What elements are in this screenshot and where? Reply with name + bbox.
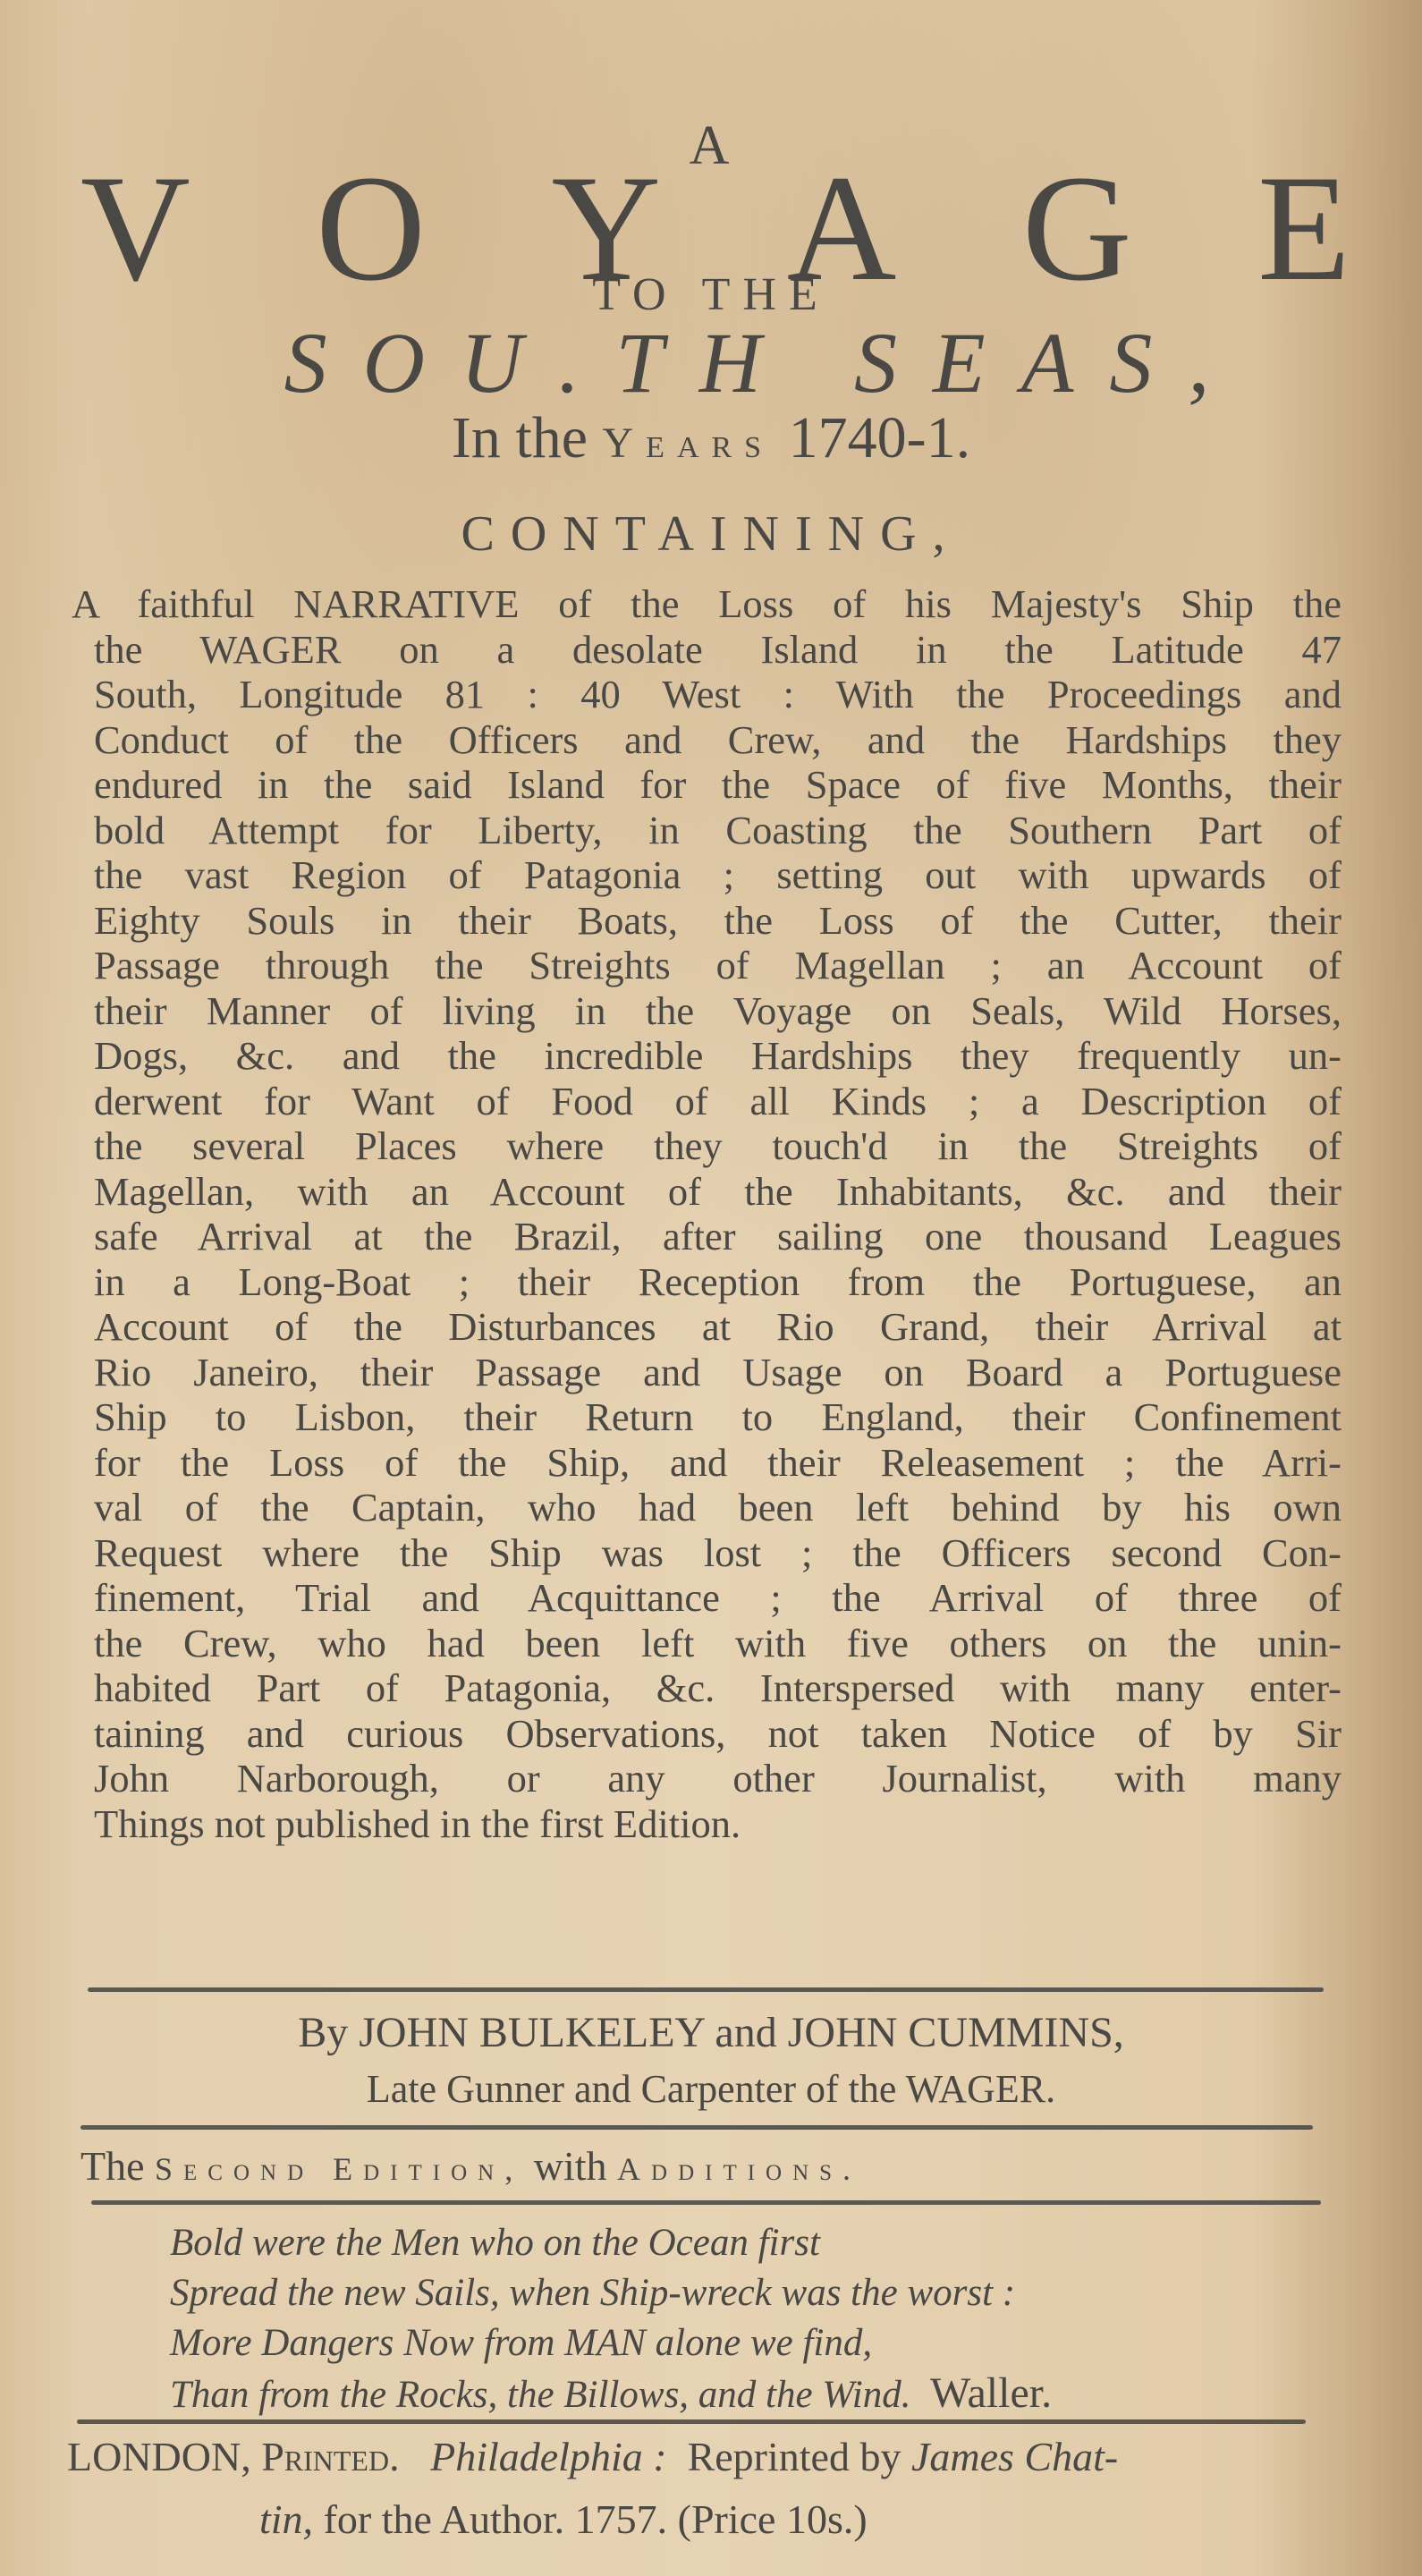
imprint-printer-cont: tin,	[259, 2496, 313, 2542]
body-line: in a Long-Boat ; their Reception from th…	[94, 1259, 1342, 1305]
body-line: Request where the Ship was lost ; the Of…	[94, 1530, 1342, 1576]
body-line: habited Part of Patagonia, &c. Intersper…	[94, 1665, 1342, 1711]
imprint-date-price: for the Author. 1757. (Price 10s.)	[324, 2496, 868, 2542]
divider-rule	[77, 2419, 1306, 2424]
verse-author: Waller.	[930, 2369, 1052, 2417]
body-line: South, Longitude 81 : 40 West : With the…	[94, 672, 1342, 717]
title-south-seas: SOU.TH SEAS,	[54, 313, 1422, 412]
verse-line: Spread the new Sails, when Ship-wreck wa…	[170, 2268, 1052, 2318]
imprint-reprinted: Reprinted by	[688, 2434, 901, 2479]
body-line: the WAGER on a desolate Island in the La…	[94, 627, 1342, 673]
edition-with: with	[534, 2143, 607, 2189]
body-line: finement, Trial and Acquittance ; the Ar…	[94, 1575, 1342, 1621]
edition-the: The	[80, 2143, 145, 2189]
body-line: Account of the Disturbances at Rio Grand…	[94, 1304, 1342, 1350]
edition-line: The Second Edition, with Additions.	[80, 2142, 1333, 2190]
body-line: their Manner of living in the Voyage on …	[94, 988, 1342, 1034]
body-line: Rio Janeiro, their Passage and Usage on …	[94, 1350, 1342, 1395]
body-line: Ship to Lisbon, their Return to England,…	[94, 1394, 1342, 1440]
body-line: taining and curious Observations, not ta…	[94, 1711, 1342, 1757]
body-line: Dogs, &c. and the incredible Hardships t…	[94, 1033, 1342, 1079]
title-years: In the Years 1740-1.	[0, 404, 1422, 472]
authors-line: By JOHN BULKELEY and JOHN CUMMINS,	[0, 2008, 1422, 2057]
years-word: Years	[603, 419, 774, 467]
body-line: Passage through the Streights of Magella…	[94, 943, 1342, 988]
edition-main: Second Edition,	[155, 2151, 523, 2187]
verse-line: More Dangers Now from MAN alone we find,	[170, 2318, 1052, 2368]
body-line: Things not published in the first Editio…	[94, 1801, 1342, 1847]
body-line: Magellan, with an Account of the Inhabit…	[94, 1169, 1342, 1215]
body-line: the Crew, who had been left with five ot…	[94, 1621, 1342, 1666]
epigraph-verse: Bold were the Men who on the Ocean first…	[170, 2218, 1052, 2420]
body-line: A faithful NARRATIVE of the Loss of his …	[72, 581, 1342, 627]
authors-role: Late Gunner and Carpenter of the WAGER.	[0, 2066, 1422, 2112]
imprint-line-1: LONDON, Printed. Philadelphia : Reprinte…	[67, 2433, 1337, 2480]
title-page: A V O Y A G E TO THE SOU.TH SEAS, In the…	[0, 0, 1422, 2576]
verse-line: Bold were the Men who on the Ocean first	[170, 2218, 1052, 2268]
imprint-philadelphia: Philadelphia :	[430, 2434, 666, 2479]
divider-rule	[80, 2125, 1313, 2130]
divider-rule	[88, 1987, 1324, 1992]
body-line: bold Attempt for Liberty, in Coasting th…	[94, 808, 1342, 853]
imprint-printer: James Chat-	[911, 2434, 1118, 2479]
body-line: Eighty Souls in their Boats, the Loss of…	[94, 898, 1342, 944]
body-line: the several Places where they touch'd in…	[94, 1123, 1342, 1169]
years-value: 1740-1.	[789, 405, 970, 470]
imprint-line-2: tin, for the Author. 1757. (Price 10s.)	[259, 2495, 1154, 2543]
imprint-london: LONDON, Printed.	[67, 2434, 400, 2479]
description-body: A faithful NARRATIVE of the Loss of his …	[94, 581, 1342, 1846]
body-line: derwent for Want of Food of all Kinds ; …	[94, 1079, 1342, 1124]
body-line: val of the Captain, who had been left be…	[94, 1485, 1342, 1530]
containing-heading: CONTAINING,	[0, 505, 1422, 563]
body-line: Conduct of the Officers and Crew, and th…	[94, 717, 1342, 763]
edition-additions: Additions.	[617, 2151, 861, 2187]
years-prefix: In the	[452, 405, 588, 470]
body-line: safe Arrival at the Brazil, after sailin…	[94, 1214, 1342, 1259]
body-line: John Narborough, or any other Journalist…	[94, 1756, 1342, 1801]
body-line: endured in the said Island for the Space…	[94, 762, 1342, 808]
divider-rule	[91, 2200, 1321, 2205]
verse-line: Than from the Rocks, the Billows, and th…	[170, 2368, 1052, 2420]
body-line: the vast Region of Patagonia ; setting o…	[94, 852, 1342, 898]
body-line: for the Loss of the Ship, and their Rele…	[94, 1440, 1342, 1486]
